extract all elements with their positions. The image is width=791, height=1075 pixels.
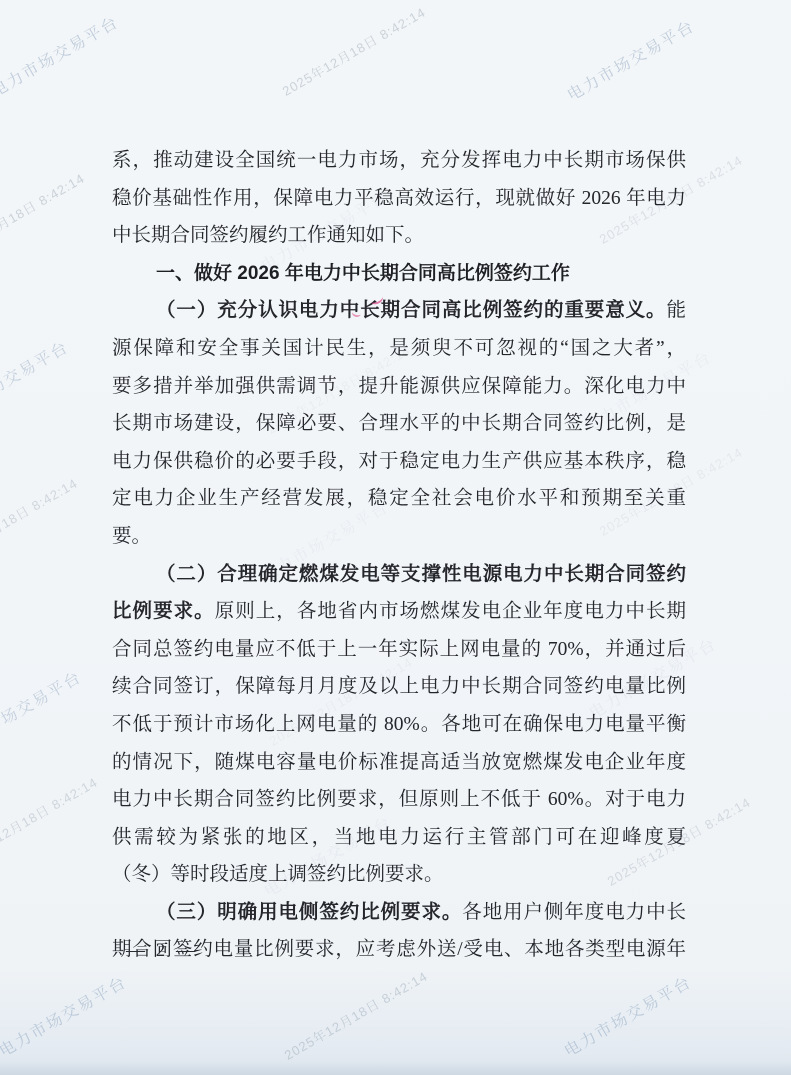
text-line: 源保障和安全事关国计民生，是须臾不可忽视的“国之大者”，: [112, 330, 686, 368]
text-segment: 原则上，各地省内市场燃煤发电企业年度电力中长期: [215, 601, 686, 622]
paragraph-block: （一）充分认识电力中长期合同高比例签约的重要意义。能源保障和安全事关国计民生，是…: [112, 292, 686, 555]
text-segment: 不低于预计市场化上网电量的 80%。各地可在确保电力电量平衡: [112, 714, 686, 735]
text-segment: 供需较为紧张的地区，当地电力运行主管部门可在迎峰度夏: [112, 827, 686, 848]
text-segment: （二）合理确定燃煤发电等支撑性电源电力中长期合同签约: [156, 564, 686, 585]
text-line: 电力保供稳价的必要手段，对于稳定电力生产供应基本秩序，稳: [112, 443, 686, 481]
text-line: 不低于预计市场化上网电量的 80%。各地可在确保电力电量平衡: [112, 706, 686, 744]
page-number: — 2 —: [126, 940, 198, 962]
text-segment: 的情况下，随煤电容量电价标准提高适当放宽燃煤发电企业年度: [112, 752, 686, 773]
watermark-timestamp-text: 2025年12月18日 8:42:14: [0, 772, 101, 870]
paragraph-block: （三）明确用电侧签约比例要求。各地用户侧年度电力中长期合同签约电量比例要求，应考…: [112, 894, 686, 969]
text-line: 合同总签约电量应不低于上一年实际上网电量的 70%，并通过后: [112, 631, 686, 669]
text-line: 长期市场建设，保障必要、合理水平的中长期合同签约比例，是: [112, 405, 686, 443]
text-line: 电力中长期合同签约比例要求，但原则上不低于 60%。对于电力: [112, 781, 686, 819]
watermark-timestamp-text: 2025年12月18日 8:42:14: [0, 473, 81, 571]
text-line: （冬）等时段适度上调签约比例要求。: [112, 856, 686, 894]
text-segment: 长期市场建设，保障必要、合理水平的中长期合同签约比例，是: [112, 413, 686, 434]
paragraph-block: 系，推动建设全国统一电力市场，充分发挥电力中长期市场保供稳价基础性作用，保障电力…: [112, 142, 686, 255]
text-line: 要多措并举加强供需调节，提升能源供应保障能力。深化电力中: [112, 368, 686, 406]
text-line: 稳价基础性作用，保障电力平稳高效运行，现就做好 2026 年电力: [112, 180, 686, 218]
watermark-platform-text: 电力市场交易平台: [0, 335, 72, 427]
text-segment: 一、做好 2026 年电力中长期合同高比例签约工作: [156, 263, 570, 284]
text-segment: 各地用户侧年度电力中长: [462, 902, 686, 923]
text-line: （二）合理确定燃煤发电等支撑性电源电力中长期合同签约: [112, 556, 686, 594]
text-segment: （一）充分认识电力中长期合同高比例签约的重要意义。: [156, 300, 666, 321]
scan-edge-shading: [0, 1061, 791, 1075]
watermark-platform-text: 电力市场交易平台: [0, 10, 122, 102]
paragraph-block: （二）合理确定燃煤发电等支撑性电源电力中长期合同签约比例要求。原则上，各地省内市…: [112, 556, 686, 894]
text-segment: 系，推动建设全国统一电力市场，充分发挥电力中长期市场保供: [112, 150, 686, 171]
text-segment: 定电力企业生产经营发展，稳定全社会电价水平和预期至关重: [112, 488, 686, 509]
text-line: 供需较为紧张的地区，当地电力运行主管部门可在迎峰度夏: [112, 819, 686, 857]
text-segment: 比例要求。: [112, 601, 215, 622]
text-segment: 合同总签约电量应不低于上一年实际上网电量的 70%，并通过后: [112, 639, 686, 660]
text-line: 系，推动建设全国统一电力市场，充分发挥电力中长期市场保供: [112, 142, 686, 180]
text-segment: 中长期合同签约履约工作通知如下。: [112, 225, 424, 246]
watermark-platform-text: 电力市场交易平台: [0, 665, 85, 757]
watermark-platform-text: 电力市场交易平台: [562, 14, 698, 106]
text-line: （三）明确用电侧签约比例要求。各地用户侧年度电力中长: [112, 894, 686, 932]
text-segment: 电力保供稳价的必要手段，对于稳定电力生产供应基本秩序，稳: [112, 451, 686, 472]
pen-mark-stroke: [369, 292, 385, 306]
text-segment: 要。: [112, 526, 151, 547]
watermark-timestamp-text: 2025年12月18日 8:42:14: [278, 2, 429, 100]
section-heading-line: 一、做好 2026 年电力中长期合同高比例签约工作: [112, 255, 686, 293]
text-line: 期合同签约电量比例要求，应考虑外送/受电、本地各类型电源年: [112, 931, 686, 969]
text-segment: 续合同签订，保障每月月度及以上电力中长期合同签约电量比例: [112, 676, 686, 697]
text-line: （一）充分认识电力中长期合同高比例签约的重要意义。能: [112, 292, 686, 330]
watermark-platform-text: 电力市场交易平台: [0, 970, 130, 1062]
text-segment: （三）明确用电侧签约比例要求。: [156, 902, 462, 923]
pen-mark-artifact: [348, 292, 392, 318]
text-segment: 要多措并举加强供需调节，提升能源供应保障能力。深化电力中: [112, 376, 686, 397]
text-line: 要。: [112, 518, 686, 556]
scanned-document-page: 电力市场交易平台2025年12月18日 8:42:14电力市场交易平台2025年…: [0, 0, 791, 1075]
watermark-platform-text: 电力市场交易平台: [559, 970, 695, 1062]
text-line: 续合同签订，保障每月月度及以上电力中长期合同签约电量比例: [112, 668, 686, 706]
text-segment: （冬）等时段适度上调签约比例要求。: [112, 864, 444, 885]
text-line: 中长期合同签约履约工作通知如下。: [112, 217, 686, 255]
watermark-timestamp-text: 2025年12月18日 8:42:14: [0, 168, 88, 266]
document-content: 系，推动建设全国统一电力市场，充分发挥电力中长期市场保供稳价基础性作用，保障电力…: [112, 142, 686, 969]
text-segment: 能: [666, 300, 686, 321]
text-segment: 电力中长期合同签约比例要求，但原则上不低于 60%。对于电力: [112, 789, 686, 810]
text-line: 的情况下，随煤电容量电价标准提高适当放宽燃煤发电企业年度: [112, 744, 686, 782]
pen-mark-stroke: [351, 308, 362, 318]
text-segment: 源保障和安全事关国计民生，是须臾不可忽视的“国之大者”，: [112, 338, 686, 359]
text-segment: 期合同签约电量比例要求，应考虑外送/受电、本地各类型电源年: [112, 939, 686, 960]
text-line: 比例要求。原则上，各地省内市场燃煤发电企业年度电力中长期: [112, 593, 686, 631]
watermark-timestamp-text: 2025年12月18日 8:42:14: [280, 966, 431, 1064]
text-segment: 稳价基础性作用，保障电力平稳高效运行，现就做好 2026 年电力: [112, 188, 686, 209]
text-line: 定电力企业生产经营发展，稳定全社会电价水平和预期至关重: [112, 480, 686, 518]
section-heading-block: 一、做好 2026 年电力中长期合同高比例签约工作: [112, 255, 686, 293]
